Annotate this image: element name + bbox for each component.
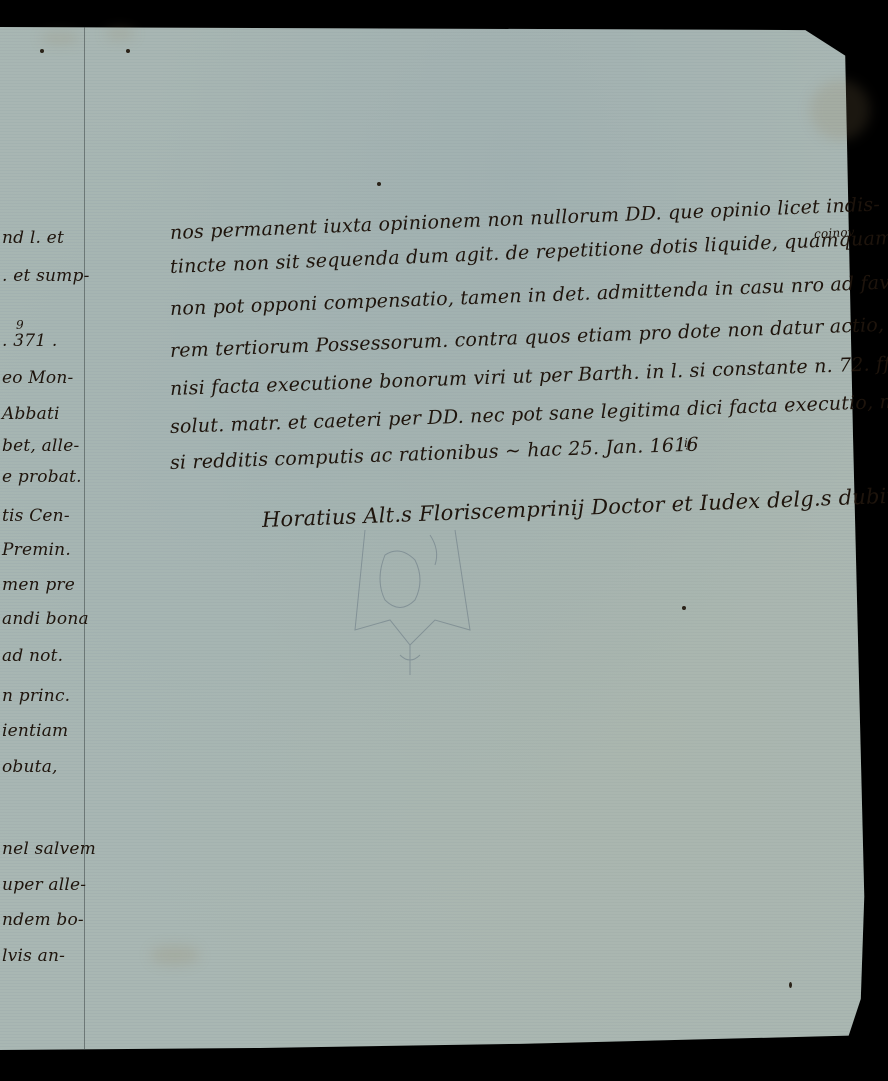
- ink-speck: [789, 982, 792, 988]
- left-fragment: . 371 .: [2, 331, 57, 351]
- left-fragment: ad not.: [2, 646, 63, 666]
- left-fragment: n princ.: [2, 686, 70, 706]
- left-fragment: e probat.: [2, 467, 82, 487]
- left-fragment: uper alle-: [2, 875, 86, 895]
- left-fragment: andi bona: [2, 609, 89, 629]
- left-fragment: obuta,: [2, 757, 58, 777]
- left-fragment: Premin.: [2, 540, 71, 560]
- left-fragment: nd l. et: [2, 228, 64, 248]
- ink-speck: [40, 49, 44, 53]
- paper-stain: [105, 28, 135, 40]
- left-fragment: ientiam: [2, 721, 68, 741]
- left-fragment: . et sump-: [2, 266, 90, 286]
- left-fragment: ndem bo-: [2, 910, 84, 930]
- left-fragment: nel salvem: [2, 839, 96, 859]
- watermark-figure-icon: [345, 525, 475, 675]
- date-superscript: ij: [684, 436, 692, 450]
- ink-speck: [377, 182, 381, 186]
- left-fragment: eo Mon-: [2, 368, 73, 388]
- column-fold-line: [84, 27, 85, 1050]
- left-fragment: 9: [16, 318, 24, 332]
- ink-speck: [126, 49, 130, 53]
- paper-stain: [40, 32, 80, 44]
- left-fragment: men pre: [2, 575, 75, 595]
- left-fragment: Abbati: [2, 404, 60, 424]
- paper-stain: [810, 80, 870, 140]
- left-fragment: lvis an-: [2, 946, 65, 966]
- left-fragment: bet, alle-: [2, 436, 79, 456]
- left-fragment: tis Cen-: [2, 506, 70, 526]
- paper-stain: [150, 945, 200, 965]
- ink-speck: [682, 606, 686, 610]
